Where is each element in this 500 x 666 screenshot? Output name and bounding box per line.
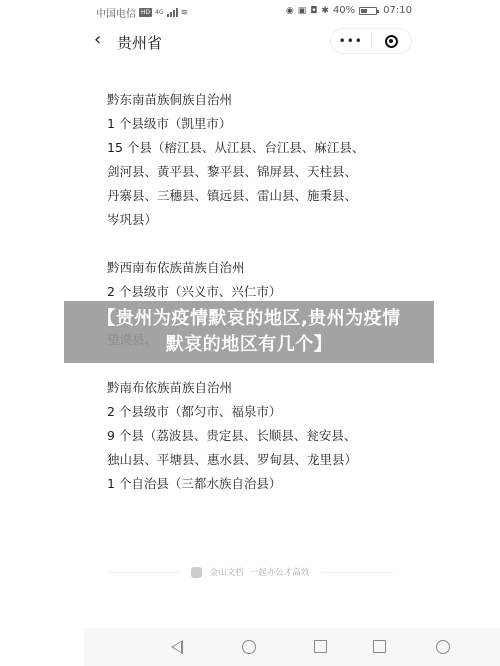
nav-recent-icon[interactable] — [314, 640, 327, 653]
network-label: 4G — [155, 9, 163, 16]
brand-slogan: 一起办公才高效 — [250, 566, 310, 578]
battery-percent: 40% — [333, 5, 355, 16]
alarm-icon: ◘ — [310, 6, 317, 16]
prefecture-heading: 黔南布依族苗族自治州 — [107, 376, 397, 400]
clock: 07:10 — [383, 5, 412, 16]
nav-recent-icon[interactable] — [373, 640, 386, 653]
hd-icon: HD — [139, 8, 152, 17]
divider-left — [107, 572, 179, 573]
text-line: 9 个县（荔波县、贵定县、长顺县、瓮安县、 — [107, 424, 397, 448]
chevron-left-icon[interactable]: ‹ — [94, 30, 101, 50]
divider-right — [321, 572, 393, 573]
text-line: 岑巩县） — [107, 208, 397, 232]
wifi-icon: ≋ — [181, 8, 189, 18]
prefecture-block-qiandongnan: 黔东南苗族侗族自治州 1 个县级市（凯里市） 15 个县（榕江县、从江县、台江县… — [107, 88, 397, 232]
carrier-label: 中国电信 — [96, 5, 136, 20]
page-title: 贵州省 — [117, 32, 162, 53]
brand-name: 金山文档 — [210, 566, 244, 578]
target-icon — [385, 35, 398, 48]
battery-icon — [359, 7, 377, 15]
banner-line-1: 【贵州为疫情默哀的地区,贵州为疫情 — [64, 306, 434, 332]
text-line: 丹寨县、三穗县、镇远县、雷山县、施秉县、 — [107, 184, 397, 208]
close-miniprogram-button[interactable] — [371, 35, 411, 48]
system-nav-bar — [84, 628, 500, 666]
bluetooth-icon: ✱ — [321, 6, 329, 16]
title-bar: ‹ 贵州省 ••• — [84, 24, 416, 58]
nav-home-icon[interactable] — [242, 640, 256, 654]
nfc-icon: ▣ — [298, 6, 307, 16]
eye-icon: ◉ — [286, 6, 294, 16]
banner-line-2: 默哀的地区有几个】 — [64, 332, 434, 358]
text-line: 1 个自治县（三都水族自治县） — [107, 472, 397, 496]
signal-icon — [167, 8, 178, 17]
kdocs-logo-icon — [191, 567, 202, 578]
text-line: 15 个县（榕江县、从江县、台江县、麻江县、 — [107, 136, 397, 160]
text-line: 独山县、平塘县、惠水县、罗甸县、龙里县） — [107, 448, 397, 472]
mini-program-capsule: ••• — [330, 28, 412, 54]
overlay-title-banner: 【贵州为疫情默哀的地区,贵州为疫情 默哀的地区有几个】 — [64, 301, 434, 363]
nav-home-icon[interactable] — [436, 640, 450, 654]
nav-back-icon[interactable] — [171, 640, 183, 654]
more-button[interactable]: ••• — [331, 34, 371, 48]
prefecture-heading: 黔东南苗族侗族自治州 — [107, 88, 397, 112]
text-line: 1 个县级市（凯里市） — [107, 112, 397, 136]
prefecture-block-qiannan: 黔南布依族苗族自治州 2 个县级市（都匀市、福泉市） 9 个县（荔波县、贵定县、… — [107, 376, 397, 496]
status-bar: 中国电信 HD 4G ≋ ◉ ▣ ◘ ✱ 40% 07:10 — [84, 0, 416, 22]
prefecture-heading: 黔西南布依族苗族自治州 — [107, 256, 397, 280]
footer-brand: 金山文档 一起办公才高效 — [84, 562, 416, 582]
text-line: 剑河县、黄平县、黎平县、锦屏县、天柱县、 — [107, 160, 397, 184]
text-line: 2 个县级市（都匀市、福泉市） — [107, 400, 397, 424]
